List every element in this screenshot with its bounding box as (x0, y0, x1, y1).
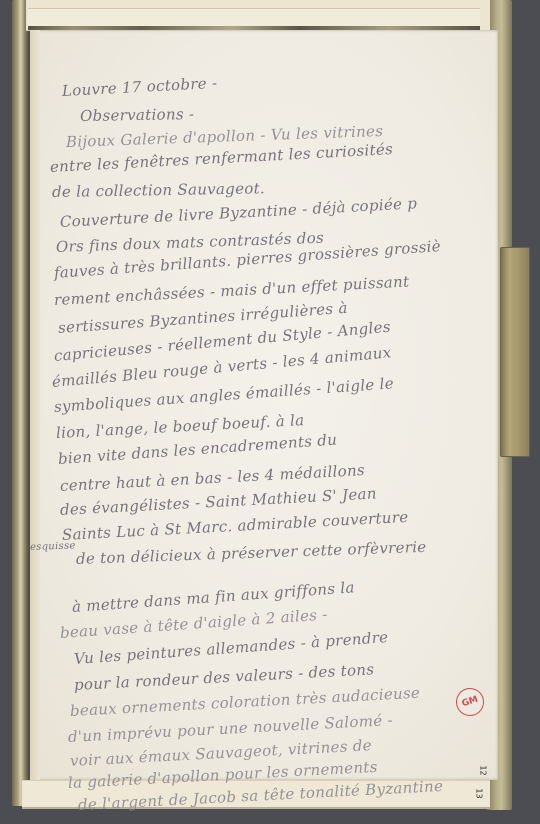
notebook-page: Louvre 17 octobre - Observations - Bijou… (30, 30, 498, 780)
folio-page-number: 12 (479, 765, 488, 775)
page-gutter (30, 30, 40, 780)
handwritten-line: Observations - (80, 105, 195, 125)
handwritten-line: de ton délicieux à préserver cette orfèv… (76, 538, 427, 568)
left-cloth-binding (12, 0, 28, 806)
notebook-scan: 13 Louvre 17 octobre - Observations - Bi… (0, 0, 540, 824)
stamp-text: GM (461, 695, 480, 710)
handwritten-line: Louvre 17 octobre - (62, 74, 218, 100)
folio-next-number: 13 (475, 788, 484, 798)
margin-note: esquisse (30, 540, 76, 553)
cloth-tab-marker (500, 247, 530, 457)
handwritten-line: de la collection Sauvageot. (52, 179, 265, 201)
